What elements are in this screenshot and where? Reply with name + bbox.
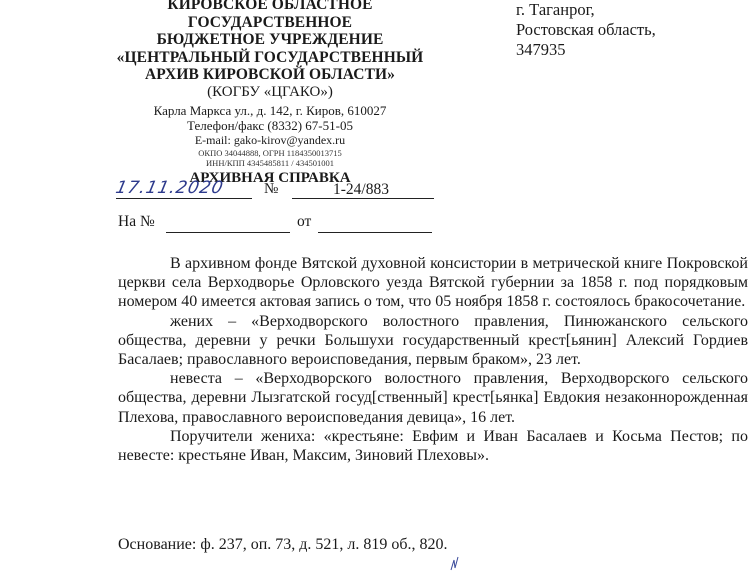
reply-to-number-label: На № [118, 213, 155, 231]
certificate-body: В архивном фонде Вятской духовной консис… [118, 254, 748, 465]
recipient-city: г. Таганрог, [516, 0, 656, 20]
body-paragraph-bride: невеста – «Верходворского волостного пра… [118, 369, 748, 427]
basis-reference: Основание: ф. 237, оп. 73, д. 521, л. 81… [118, 536, 448, 554]
handwritten-date: 17.11.2020 [114, 178, 226, 198]
org-name-line-1: КИРОВСКОЕ ОБЛАСТНОЕ [120, 0, 420, 14]
org-name-line-5: АРХИВ КИРОВСКОЙ ОБЛАСТИ» [120, 66, 420, 84]
body-paragraph-record: В архивном фонде Вятской духовной консис… [118, 254, 748, 312]
org-inn-kpp: ИНН/КПП 4345485811 / 434501001 [120, 158, 420, 168]
letterhead: КИРОВСКОЕ ОБЛАСТНОЕ ГОСУДАРСТВЕННОЕ БЮДЖ… [120, 0, 420, 187]
org-short-name: (КОГБУ «ЦГАКО») [120, 84, 420, 101]
body-paragraph-groom: жених – «Верходворского волостного правл… [118, 312, 748, 370]
body-paragraph-guarantors: Поручители жениха: «крестьяне: Евфим и И… [118, 427, 748, 465]
org-name-line-4: «ЦЕНТРАЛЬНЫЙ ГОСУДАРСТВЕННЫЙ [112, 49, 428, 67]
number-underline [292, 198, 434, 199]
org-okpo-ogrn: ОКПО 34044888, ОГРН 1184350013715 [120, 148, 420, 158]
org-phone: Телефон/факс (8332) 67-51-05 [120, 118, 420, 133]
document-number: 1-24/883 [333, 181, 389, 199]
date-underline [116, 198, 252, 199]
number-label: № [264, 181, 278, 198]
recipient-region: Ростовская область, [516, 20, 656, 40]
recipient-postcode: 347935 [516, 40, 656, 60]
org-address: Карла Маркса ул., д. 142, г. Киров, 6100… [120, 103, 420, 118]
org-name-line-3: БЮДЖЕТНОЕ УЧРЕЖДЕНИЕ [120, 31, 420, 49]
reply-date-line [318, 232, 432, 233]
org-email[interactable]: E-mail: gako-kirov@yandex.ru [120, 133, 420, 148]
recipient-address: г. Таганрог, Ростовская область, 347935 [516, 0, 656, 60]
signature-mark-icon [450, 556, 460, 571]
org-name-line-2: ГОСУДАРСТВЕННОЕ [120, 14, 420, 32]
reply-date-label: от [297, 213, 311, 231]
reply-to-number-line [166, 232, 290, 233]
